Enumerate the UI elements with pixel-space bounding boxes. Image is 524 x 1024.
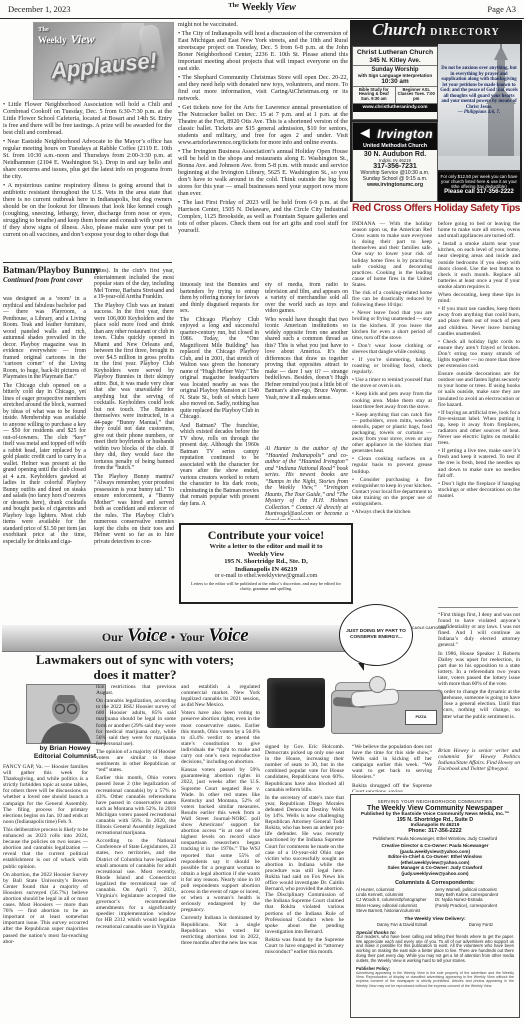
red-cross-headline: Red Cross Offers Holiday Safety Tips bbox=[352, 202, 520, 214]
paragraph: (Family Practice), correspondent bbox=[435, 903, 514, 908]
contribute-box: Contribute your voice! Write a letter to… bbox=[179, 523, 353, 604]
church-phone: 317-356-7231 bbox=[353, 163, 437, 170]
paragraph: In order to change the dynamic at the St… bbox=[438, 689, 520, 719]
red-cross-headline-lead: Red Cross bbox=[352, 202, 401, 214]
paragraph: • A mysterious canine respiratory illnes… bbox=[3, 182, 172, 238]
paragraph: tinuously test the Bunnies and bartender… bbox=[180, 282, 259, 315]
paragraph: • Never leave food that you are broiling… bbox=[352, 310, 432, 340]
paragraph: The Playboy Bunny mantra? “Always rememb… bbox=[94, 474, 174, 546]
batman-column-3: tinuously test the Bunnies and bartender… bbox=[180, 282, 259, 520]
batman-author-bio: Al Hunter is the author of the “Haunted … bbox=[265, 446, 348, 520]
speech-bubble: JUST DOING MY PART TO CONSERVE ENERGY... bbox=[339, 604, 413, 666]
paragraph: • Install a smoke alarm near your kitche… bbox=[438, 241, 520, 290]
irvington-name: Irvington bbox=[377, 127, 433, 141]
contribute-address: 195 N. Shortridge Rd., Ste. D, bbox=[181, 558, 351, 566]
paragraph: • Keep anything that can catch fire — po… bbox=[352, 412, 432, 455]
page-header: December 1, 2023 The Weekly View Page A3 bbox=[0, 0, 524, 19]
red-cross-column-2: before going to bed or leaving the home … bbox=[438, 221, 520, 605]
paragraph: • If you must use candles, keep them awa… bbox=[438, 306, 520, 336]
batman-column-4: ety of media, from radio to television a… bbox=[265, 282, 348, 444]
lawmakers-headline: Lawmakers out of sync with voters; does … bbox=[4, 652, 266, 682]
voice-dot: • bbox=[171, 630, 175, 644]
paragraph: Ensure outside decorations are for outdo… bbox=[438, 371, 520, 408]
paragraph: • Check all holiday light cords to ensur… bbox=[438, 339, 520, 369]
paragraph: • Get tickets now for the Arts for Lawre… bbox=[178, 104, 348, 146]
community-notes-column: might not be vaccinated.• The City of In… bbox=[178, 21, 348, 271]
paragraph: The opinion of a majority of Hoosier vot… bbox=[96, 749, 176, 773]
paragraph: FANCY GAP, Va. — Hoosier families will g… bbox=[3, 764, 88, 825]
paragraph: • If getting a live tree, make sure it’s… bbox=[438, 448, 520, 478]
delivery-names: Danny Fan & David Edsall Danny Fantz bbox=[356, 922, 514, 927]
paragraph: • Don’t light the fireplace if hanging s… bbox=[438, 481, 520, 499]
editorial-cartoon: JUST DOING MY PART TO CONSERVE ENERGY...… bbox=[265, 598, 448, 740]
contribute-title: Contribute your voice! bbox=[181, 528, 351, 543]
listing-ad-phone: Please call 317-356-2222 bbox=[438, 189, 520, 196]
paragraph: The Playboy Club was an instant success.… bbox=[94, 303, 174, 472]
scripture-body: Do not be anxious over anything, but in … bbox=[440, 66, 517, 110]
paragraph: “First things first, I deny and was not … bbox=[438, 612, 520, 649]
worship-note: with Sign Language Interpretation bbox=[353, 73, 437, 78]
church-directory-title-caps: DIRECTORY bbox=[430, 27, 500, 38]
paragraph: Earlier this month, Ohio voters passed I… bbox=[96, 775, 176, 836]
delivery-name: Danny Fantz bbox=[469, 922, 493, 927]
staff-phone: Phone: 317-356-2222 bbox=[356, 828, 514, 834]
irvington-logo: ◄ Irvington United Methodist Church bbox=[353, 123, 437, 150]
staff-eyebrow: SERVING YOUR NEIGHBORHOOD COMMUNITIES bbox=[356, 799, 514, 804]
lawmakers-headline-line1: Lawmakers out of sync with voters; bbox=[4, 652, 266, 667]
church-name: Christ Lutheran Church bbox=[353, 49, 437, 57]
paragraph: This deliberative process is likely to b… bbox=[3, 827, 88, 870]
logo-weekly: Weekly bbox=[38, 35, 67, 45]
paragraph: and establish a regulated commercial mar… bbox=[181, 684, 260, 708]
lawmakers-column-6: “First things first, I deny and was not … bbox=[438, 612, 520, 748]
paragraph: ety of media, from radio to television a… bbox=[265, 282, 348, 315]
paragraph: • Use a timer to remind yourself that th… bbox=[352, 377, 432, 389]
paragraph: On abortion, the 2022 Hoosier Survey by … bbox=[3, 872, 88, 945]
columnists-right: Jerry Warnell, political cartoonistMary … bbox=[435, 887, 514, 914]
pointer-icon: ◄ bbox=[357, 125, 373, 142]
schedule-cell: Beginner ASL Classes Tues. 7:00 pm bbox=[396, 87, 438, 103]
church-website: www.christlutheranindy.com bbox=[353, 104, 437, 112]
paragraph: • The Shephard Community Christmas Store… bbox=[178, 74, 348, 102]
paragraph: On cannabis legalization, according to t… bbox=[96, 698, 176, 747]
paragraph: “We believe the population does not have… bbox=[352, 744, 432, 781]
christ-lutheran-ad: Christ Lutheran Church 345 N. Kitley Ave… bbox=[352, 46, 438, 120]
paragraph: Al Hunter is the author of the “Haunted … bbox=[265, 446, 348, 520]
church-address: 345 N. Kitley Ave. bbox=[353, 57, 437, 66]
paragraph: According to the National Conference of … bbox=[96, 838, 176, 929]
paragraph: Kansas voters passed by 59% guaranteeing… bbox=[181, 767, 260, 913]
church-listing-ad: For only $12.50 per week you can have yo… bbox=[438, 172, 520, 200]
delivery-name: Danny Fan & David Edsall bbox=[377, 922, 427, 927]
paragraph: INDIANA — With the holiday season upon u… bbox=[352, 221, 432, 288]
church-directory-title: Church DIRECTORY bbox=[350, 20, 522, 44]
weekly-view-logo: The Weekly View bbox=[38, 25, 95, 45]
paragraph: Who would have thought that two iconic A… bbox=[265, 317, 348, 402]
lawmakers-column-4: signed by Gov. Eric Holcomb. Democrats p… bbox=[265, 744, 344, 1018]
cartoon-figure-head bbox=[369, 676, 386, 693]
paragraph: might not be vaccinated. bbox=[178, 21, 348, 28]
logo-view: View bbox=[71, 32, 95, 46]
lawmakers-headline-line2: does it matter? bbox=[4, 667, 266, 682]
voice-word: Voice bbox=[208, 625, 248, 646]
paragraph: • If you’re simmering, baking, roasting … bbox=[352, 357, 432, 375]
staff-publishers: Publishers: Paula Nicewanger, Ethel Wins… bbox=[356, 836, 514, 841]
brian-howey-photo bbox=[26, 684, 106, 744]
tv-illustration bbox=[267, 678, 325, 728]
church-directory-title-script: Church bbox=[372, 20, 426, 39]
paragraph: The risk of a cooking-related home fire … bbox=[352, 290, 432, 308]
church-website: www.irvingtonumc.org bbox=[353, 182, 437, 188]
lawmakers-column-1: FANCY GAP, Va. — Hoosier families will g… bbox=[3, 764, 88, 1018]
batman-column-1: was designed as a ‘room’ in a mythical a… bbox=[3, 296, 86, 622]
paragraph: • Clean cooking surfaces on a regular ba… bbox=[352, 456, 432, 474]
staff-role: Sales Manager & Co-Owner: Judy Crawford … bbox=[356, 865, 514, 876]
paragraph: Steve Barnett, historian/columnist bbox=[356, 908, 435, 913]
voice-word: Voice bbox=[127, 625, 167, 646]
paragraph: • Always check the kitchen bbox=[352, 509, 432, 515]
scripture-text: Do not be anxious over anything, but in … bbox=[440, 66, 518, 116]
paragraph: • Little Flower Neighborhood Association… bbox=[3, 101, 172, 136]
paragraph: • If buying an artificial tree, look for… bbox=[438, 410, 520, 447]
staff-role: Editor-in-Chief & Co-Owner: Ethel Winslo… bbox=[356, 854, 514, 865]
paragraph: tion restrictions that previous August. bbox=[96, 684, 176, 696]
irvington-umc-ad: ◄ Irvington United Methodist Church 30 N… bbox=[352, 122, 438, 202]
schedule-cell: Bible Study for Hearing & Deaf Sun. 9:30… bbox=[353, 87, 396, 103]
batman-column-2: rettes). In the club’s first year, enter… bbox=[94, 268, 174, 622]
contribute-line: Write a letter to the editor and mail it… bbox=[181, 543, 351, 551]
lawmakers-column-2: tion restrictions that previous August.O… bbox=[96, 684, 176, 1018]
paragraph: • Near Eastside Neighborhood Advocate to… bbox=[3, 138, 172, 180]
header-brand-weekly: Weekly bbox=[242, 2, 274, 13]
header-brand: The Weekly View bbox=[0, 2, 524, 13]
header-page-number: Page A3 bbox=[487, 4, 516, 14]
paragraph: And Batman? The franchise, which existed… bbox=[180, 423, 259, 508]
applause-notes-column: • Little Flower Neighborhood Association… bbox=[3, 101, 172, 253]
church-directory: Church DIRECTORY Christ Lutheran Church … bbox=[350, 20, 522, 202]
voice-your: Your bbox=[179, 630, 204, 644]
applause-wordmark: Applause! bbox=[37, 46, 171, 86]
paragraph: • The City of Indianapolis will host a d… bbox=[178, 30, 348, 72]
paragraph: Rokita was found by the Supreme Court to… bbox=[265, 937, 344, 955]
paragraph: Voters have also been voting to preserve… bbox=[181, 710, 260, 765]
voice-our: Our bbox=[102, 630, 123, 644]
paragraph: The Chicago Playboy Club enjoyed a long … bbox=[180, 317, 259, 421]
paragraph: was designed as a ‘room’ in a mythical a… bbox=[3, 296, 86, 381]
columnists-list: Al Hunter, columnistLinda Kennett, colum… bbox=[356, 887, 514, 914]
red-cross-headline-rest: Offers Holiday Safety Tips bbox=[401, 203, 520, 214]
paragraph: The Chicago club opened on a bitterly co… bbox=[3, 383, 86, 546]
contribute-city: Indianapolis IN 46219 bbox=[181, 566, 351, 574]
paragraph: • Consider purchasing a fire extinguishe… bbox=[352, 477, 432, 507]
paragraph: Brian Howey is senior writer and columni… bbox=[438, 748, 520, 772]
header-brand-view: View bbox=[276, 2, 296, 13]
paragraph: • The last First Friday of 2023 will be … bbox=[178, 199, 348, 234]
paragraph: • The Irvington Business Association’s a… bbox=[178, 148, 348, 197]
paragraph: In the secretary of state’s race that ye… bbox=[265, 795, 344, 935]
church-address: 30 N. Audubon Rd. bbox=[353, 151, 437, 158]
paragraph: before going to bed or leaving the home … bbox=[438, 221, 520, 239]
paragraph: In 1986, House Speaker J. Roberts Dailey… bbox=[438, 651, 520, 688]
paragraph: • Keep kids and pets away from the cooki… bbox=[352, 391, 432, 409]
paragraph: Currently Indiana is dominated by Republ… bbox=[181, 915, 260, 945]
scripture-citation: — Philippians 4:6, 7. bbox=[458, 110, 500, 115]
contribute-email: or e-mail to ethel.weeklyview@gmail.com bbox=[181, 573, 351, 581]
thanks-text: Our readers, who have been calling and t… bbox=[356, 935, 514, 964]
staff-box: SERVING YOUR NEIGHBORHOOD COMMUNITIES Th… bbox=[350, 794, 520, 1018]
paragraph: Rokita shrugged off the Supreme Court sa… bbox=[352, 783, 432, 792]
lawmakers-author-bio: Brian Howey is senior writer and columni… bbox=[438, 748, 520, 790]
staff-title: The Weekly View Community Newspaper bbox=[356, 805, 514, 812]
paragraph: When decorating, keep these tips in mind… bbox=[438, 292, 520, 304]
pizza-box: PIZZA bbox=[405, 710, 437, 725]
columnists-header: Columnists & Correspondents: bbox=[356, 880, 514, 886]
columnists-left: Al Hunter, columnistLinda Kennett, colum… bbox=[356, 887, 435, 914]
paragraph: rettes). In the club’s first year, enter… bbox=[94, 268, 174, 301]
portrait-illustration bbox=[27, 685, 105, 743]
irvington-subname: United Methodist Church bbox=[353, 143, 437, 149]
contribute-fine-print: Letters to the editor will be published … bbox=[181, 581, 351, 591]
church-photo: Do not be anxious over anything, but in … bbox=[438, 44, 520, 170]
red-cross-column-1: INDIANA — With the holiday season upon u… bbox=[352, 221, 432, 605]
staff-role: Creative Director & Co-Owner: Paula Nice… bbox=[356, 843, 514, 854]
lawmakers-column-3: and establish a regulated commercial mar… bbox=[181, 684, 260, 1018]
paragraph: • Don’t wear loose clothing or sleeves t… bbox=[352, 343, 432, 355]
policy-text: Advertising appearing in the Weekly View… bbox=[356, 971, 514, 988]
section-divider bbox=[438, 607, 518, 608]
paragraph: CJ Woods II, columnist/photographer bbox=[356, 897, 435, 902]
worship-time: 10:30 am bbox=[353, 78, 437, 87]
cartoon-signature: CAGLE CARTOONS bbox=[412, 626, 446, 630]
paragraph: signed by Gov. Eric Holcomb. Democrats p… bbox=[265, 744, 344, 793]
contribute-paper-name: Weekly View bbox=[181, 551, 351, 559]
lawmakers-column-5: “We believe the population does not have… bbox=[352, 744, 432, 792]
listing-ad-text: For only $12.50 per week you can have yo… bbox=[438, 172, 520, 189]
header-brand-the: The bbox=[228, 2, 239, 9]
church-schedule-grid: Bible Study for Hearing & Deaf Sun. 9:30… bbox=[353, 87, 437, 104]
applause-photo: The Weekly View Applause! bbox=[33, 22, 174, 100]
